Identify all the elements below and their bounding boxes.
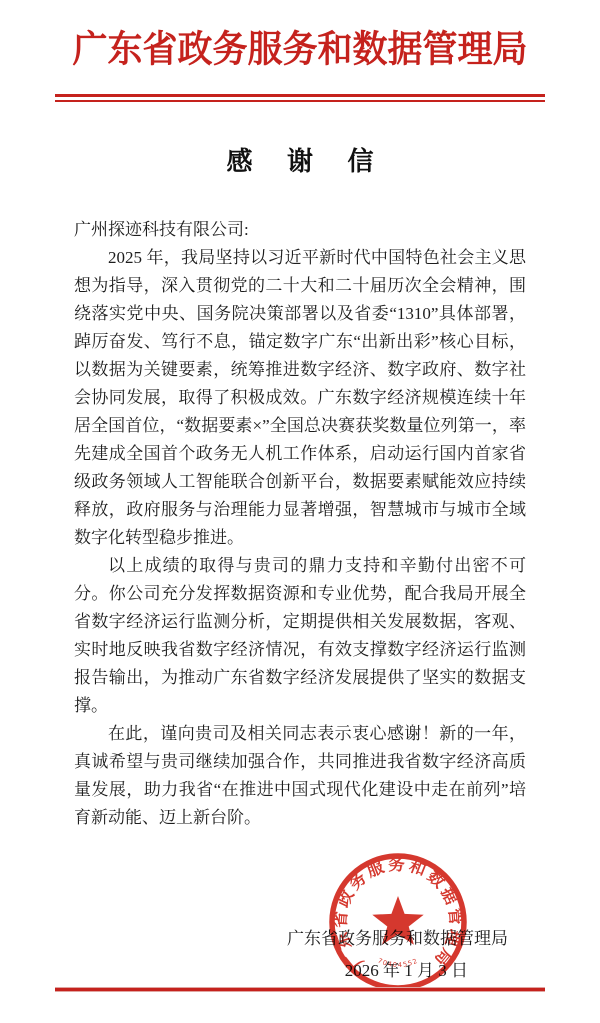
seal-serial-number: 70404552 [377, 957, 420, 970]
divider-thin-line [55, 100, 545, 102]
letterhead-divider [55, 94, 545, 102]
footer-divider [55, 987, 545, 992]
footer-divider-light-line [55, 991, 545, 992]
letter-page: 广东省政务服务和数据管理局 感 谢 信 广州探迹科技有限公司: 2025 年，我… [0, 0, 600, 1023]
letterhead: 广东省政务服务和数据管理局 [0, 0, 600, 102]
paragraph-3: 在此，谨向贵司及相关同志表示衷心感谢！新的一年，真诚希望与贵司继续加强合作，共同… [74, 720, 526, 832]
letterhead-org-name: 广东省政务服务和数据管理局 [0, 0, 600, 76]
letter-body: 广州探迹科技有限公司: 2025 年，我局坚持以习近平新时代中国特色社会主义思想… [74, 216, 526, 832]
salutation: 广州探迹科技有限公司: [74, 216, 526, 244]
official-seal-icon: 广东省政务服务和数据管理局 70404552 [318, 842, 478, 1002]
paragraph-2: 以上成绩的取得与贵司的鼎力支持和辛勤付出密不可分。你公司充分发挥数据资源和专业优… [74, 552, 526, 720]
paragraph-1: 2025 年，我局坚持以习近平新时代中国特色社会主义思想为指导，深入贯彻党的二十… [74, 244, 526, 552]
closing-block: 广东省政务服务和数据管理局 2026 年 1 月 3 日 广东省政务服务和数据管… [0, 832, 600, 997]
seal-star-icon [372, 896, 423, 945]
letter-title: 感 谢 信 [0, 146, 600, 178]
